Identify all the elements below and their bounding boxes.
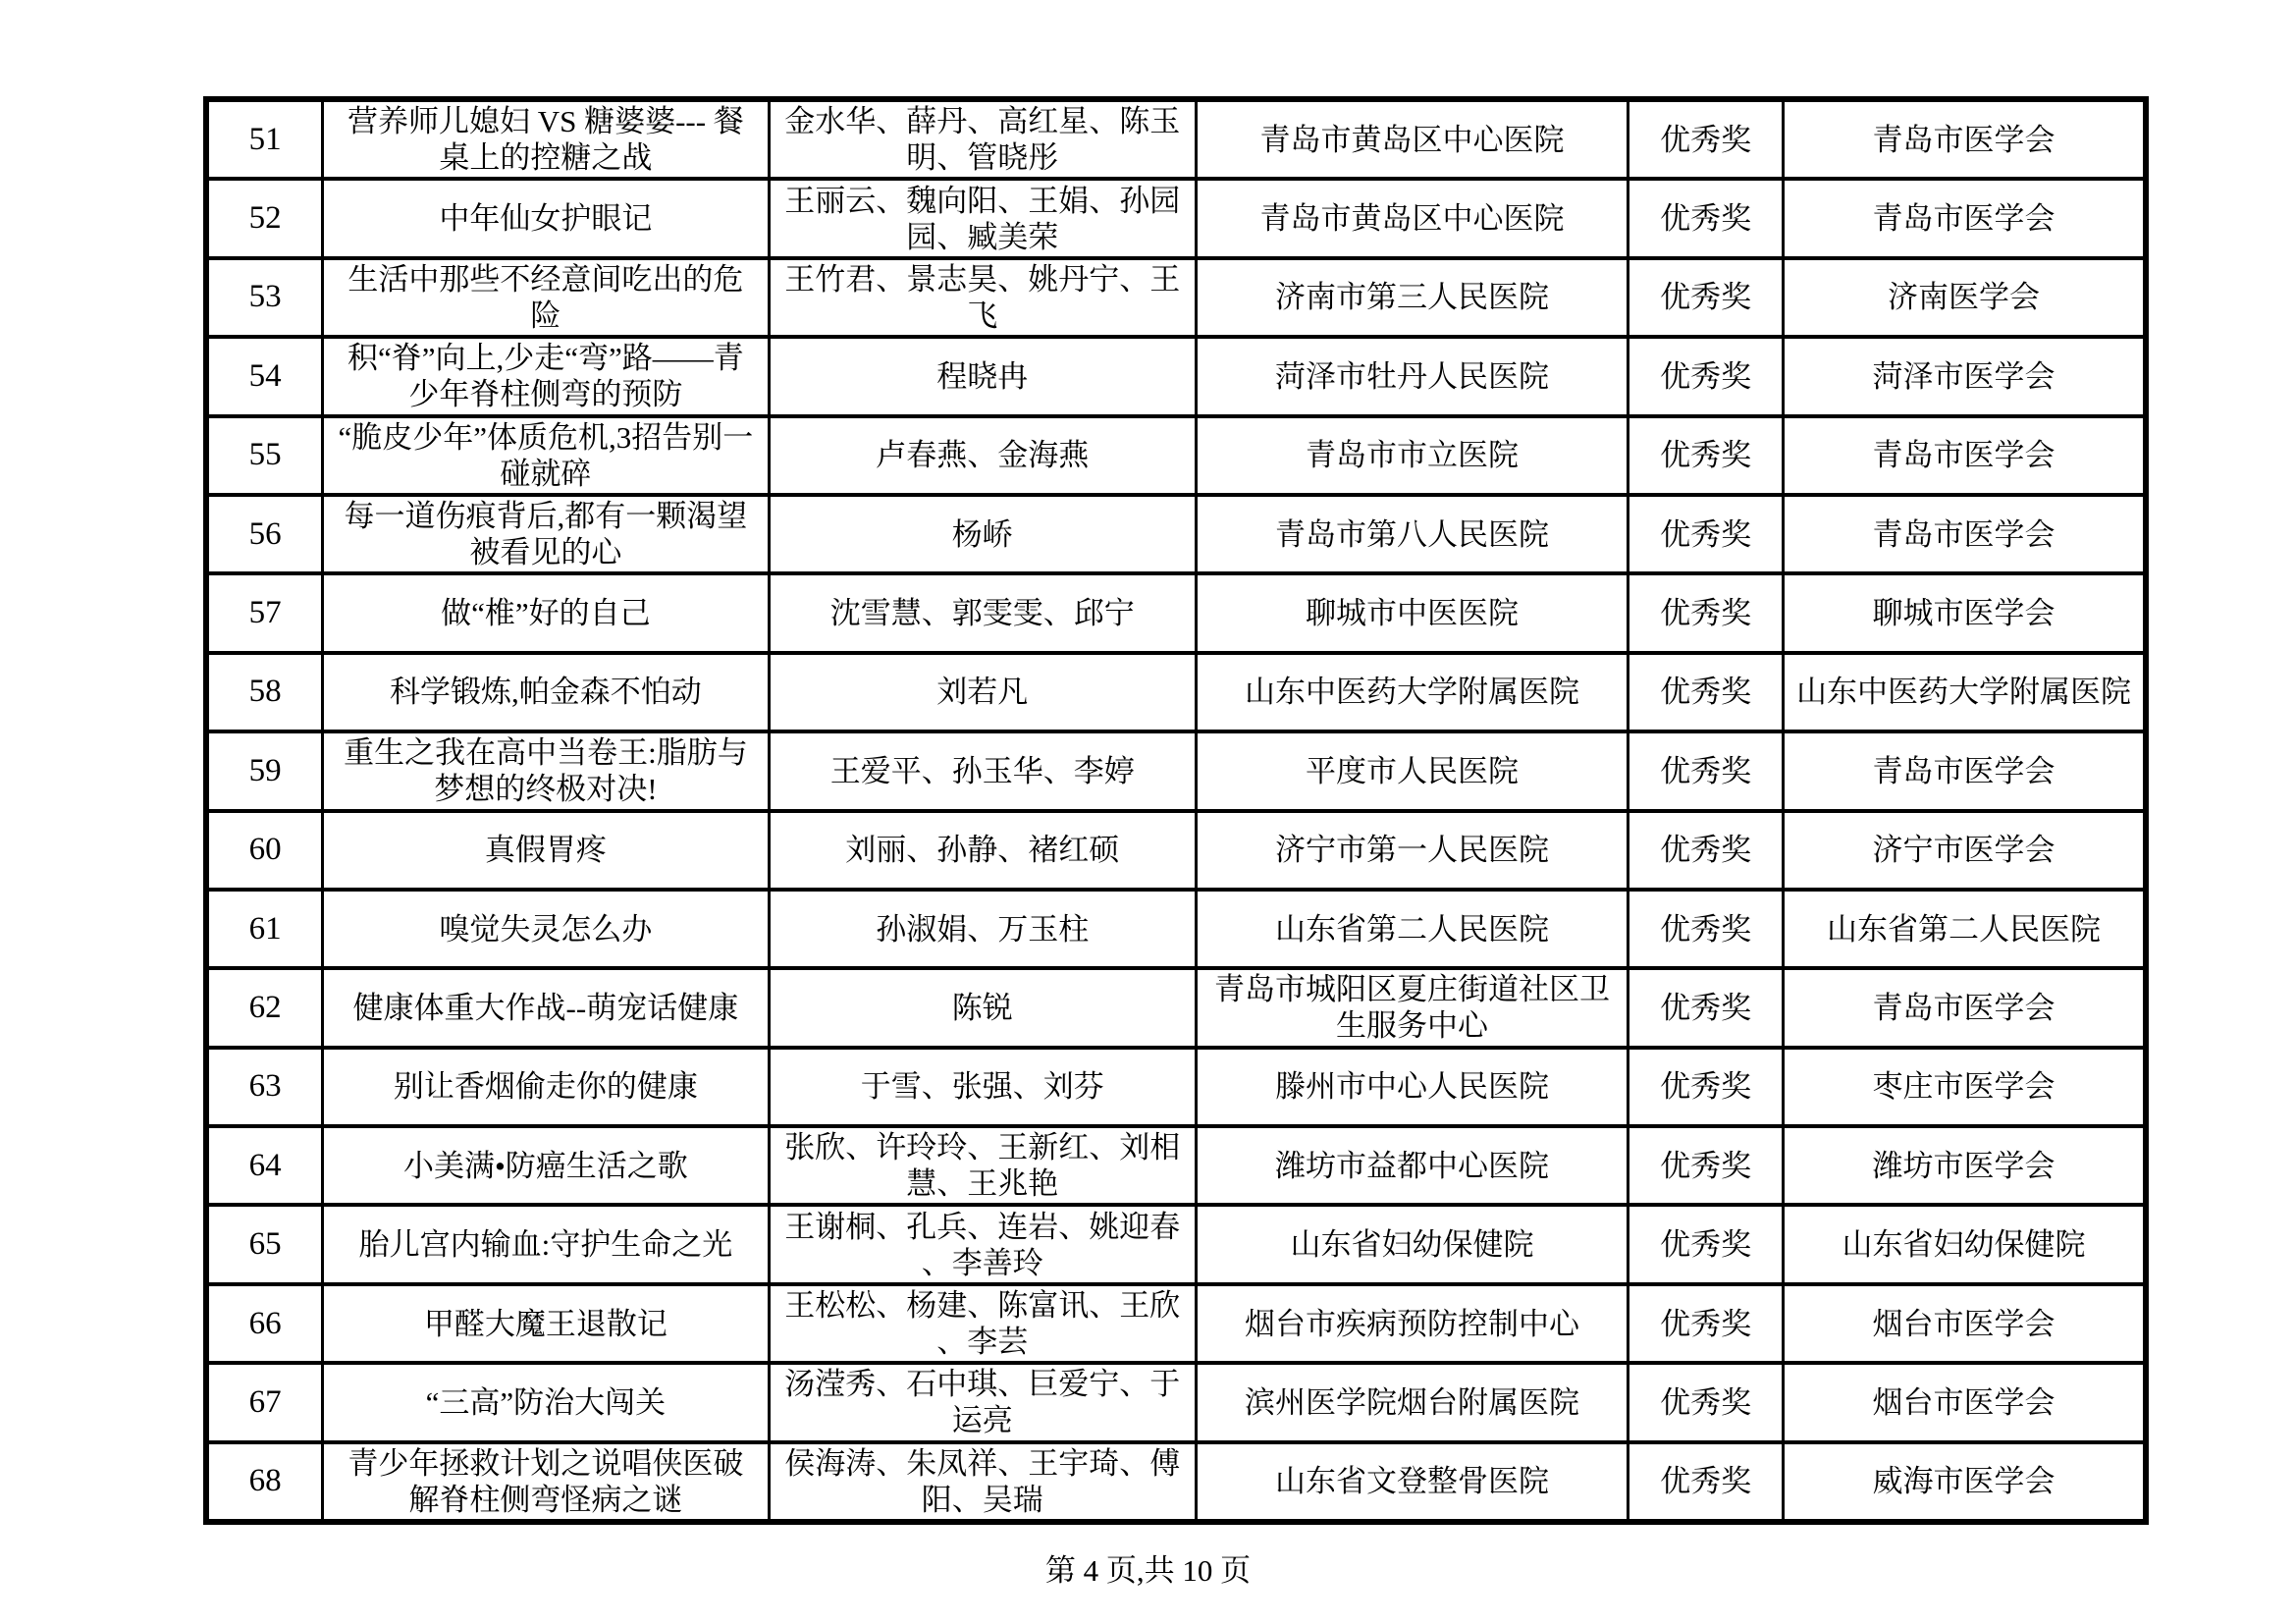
organization-cell: 青岛市黄岛区中心医院 bbox=[1195, 102, 1627, 177]
table-row: 60 真假胃疼 刘丽、孙静、褚红硕 济宁市第一人民医院 优秀奖 济宁市医学会 bbox=[209, 809, 2143, 888]
authors-cell: 王爱平、孙玉华、李婷 bbox=[768, 733, 1195, 808]
row-number-cell: 67 bbox=[209, 1365, 321, 1439]
award-level-cell: 优秀奖 bbox=[1627, 655, 1782, 730]
table-row: 65 胎儿宫内输血:守护生命之光 王谢桐、孔兵、连岩、姚迎春、李善玲 山东省妇幼… bbox=[209, 1203, 2143, 1281]
row-number-cell: 55 bbox=[209, 418, 321, 493]
recommending-society-cell: 烟台市医学会 bbox=[1782, 1365, 2143, 1439]
award-level-cell: 优秀奖 bbox=[1627, 1365, 1782, 1439]
recommending-society-cell: 济宁市医学会 bbox=[1782, 813, 2143, 888]
recommending-society-cell: 威海市医学会 bbox=[1782, 1444, 2143, 1519]
authors-cell: 杨峤 bbox=[768, 497, 1195, 571]
award-level-cell: 优秀奖 bbox=[1627, 1050, 1782, 1124]
row-number-cell: 52 bbox=[209, 181, 321, 255]
table-row: 53 生活中那些不经意间吃出的危险 王竹君、景志昊、姚丹宁、王飞 济南市第三人民… bbox=[209, 256, 2143, 335]
row-number-cell: 64 bbox=[209, 1128, 321, 1203]
recommending-society-cell: 青岛市医学会 bbox=[1782, 102, 2143, 177]
organization-cell: 青岛市黄岛区中心医院 bbox=[1195, 181, 1627, 255]
award-level-cell: 优秀奖 bbox=[1627, 102, 1782, 177]
authors-cell: 王竹君、景志昊、姚丹宁、王飞 bbox=[768, 260, 1195, 335]
award-list-table: 51 营养师儿媳妇 VS 糖婆婆--- 餐桌上的控糖之战 金水华、薛丹、高红星、… bbox=[203, 96, 2149, 1525]
recommending-society-cell: 青岛市医学会 bbox=[1782, 970, 2143, 1045]
award-level-cell: 优秀奖 bbox=[1627, 260, 1782, 335]
award-level-cell: 优秀奖 bbox=[1627, 970, 1782, 1045]
row-number-cell: 54 bbox=[209, 339, 321, 413]
table-row: 54 积“脊”向上,少走“弯”路——青少年脊柱侧弯的预防 程晓冉 菏泽市牡丹人民… bbox=[209, 335, 2143, 413]
recommending-society-cell: 山东省妇幼保健院 bbox=[1782, 1207, 2143, 1281]
row-number-cell: 59 bbox=[209, 733, 321, 808]
work-title-cell: 健康体重大作战--萌宠话健康 bbox=[321, 970, 767, 1045]
table-row: 61 嗅觉失灵怎么办 孙淑娟、万玉柱 山东省第二人民医院 优秀奖 山东省第二人民… bbox=[209, 888, 2143, 966]
row-number-cell: 60 bbox=[209, 813, 321, 888]
authors-cell: 刘丽、孙静、褚红硕 bbox=[768, 813, 1195, 888]
award-level-cell: 优秀奖 bbox=[1627, 181, 1782, 255]
table-row: 51 营养师儿媳妇 VS 糖婆婆--- 餐桌上的控糖之战 金水华、薛丹、高红星、… bbox=[209, 102, 2143, 177]
row-number-cell: 65 bbox=[209, 1207, 321, 1281]
table-row: 55 “脆皮少年”体质危机,3招告别一碰就碎 卢春燕、金海燕 青岛市市立医院 优… bbox=[209, 414, 2143, 493]
row-number-cell: 56 bbox=[209, 497, 321, 571]
authors-cell: 卢春燕、金海燕 bbox=[768, 418, 1195, 493]
table-row: 68 青少年拯救计划之说唱侠医破解脊柱侧弯怪病之谜 侯海涛、朱凤祥、王宇琦、傅阳… bbox=[209, 1440, 2143, 1519]
award-level-cell: 优秀奖 bbox=[1627, 575, 1782, 650]
organization-cell: 聊城市中医医院 bbox=[1195, 575, 1627, 650]
recommending-society-cell: 山东中医药大学附属医院 bbox=[1782, 655, 2143, 730]
authors-cell: 张欣、许玲玲、王新红、刘相慧、王兆艳 bbox=[768, 1128, 1195, 1203]
organization-cell: 山东中医药大学附属医院 bbox=[1195, 655, 1627, 730]
row-number-cell: 57 bbox=[209, 575, 321, 650]
organization-cell: 菏泽市牡丹人民医院 bbox=[1195, 339, 1627, 413]
award-level-cell: 优秀奖 bbox=[1627, 1207, 1782, 1281]
authors-cell: 王谢桐、孔兵、连岩、姚迎春、李善玲 bbox=[768, 1207, 1195, 1281]
table-row: 58 科学锻炼,帕金森不怕动 刘若凡 山东中医药大学附属医院 优秀奖 山东中医药… bbox=[209, 651, 2143, 730]
authors-cell: 孙淑娟、万玉柱 bbox=[768, 892, 1195, 966]
row-number-cell: 68 bbox=[209, 1444, 321, 1519]
work-title-cell: 做“椎”好的自己 bbox=[321, 575, 767, 650]
row-number-cell: 58 bbox=[209, 655, 321, 730]
organization-cell: 济南市第三人民医院 bbox=[1195, 260, 1627, 335]
row-number-cell: 66 bbox=[209, 1286, 321, 1361]
work-title-cell: 别让香烟偷走你的健康 bbox=[321, 1050, 767, 1124]
row-number-cell: 51 bbox=[209, 102, 321, 177]
recommending-society-cell: 山东省第二人民医院 bbox=[1782, 892, 2143, 966]
recommending-society-cell: 青岛市医学会 bbox=[1782, 733, 2143, 808]
award-level-cell: 优秀奖 bbox=[1627, 892, 1782, 966]
authors-cell: 王松松、杨建、陈富讯、王欣、李芸 bbox=[768, 1286, 1195, 1361]
table-row: 67 “三高”防治大闯关 汤滢秀、石中琪、巨爱宁、于运亮 滨州医学院烟台附属医院… bbox=[209, 1361, 2143, 1439]
work-title-cell: 真假胃疼 bbox=[321, 813, 767, 888]
table-row: 66 甲醛大魔王退散记 王松松、杨建、陈富讯、王欣、李芸 烟台市疾病预防控制中心… bbox=[209, 1282, 2143, 1361]
work-title-cell: “三高”防治大闯关 bbox=[321, 1365, 767, 1439]
organization-cell: 青岛市市立医院 bbox=[1195, 418, 1627, 493]
authors-cell: 沈雪慧、郭雯雯、邱宁 bbox=[768, 575, 1195, 650]
work-title-cell: 生活中那些不经意间吃出的危险 bbox=[321, 260, 767, 335]
authors-cell: 陈锐 bbox=[768, 970, 1195, 1045]
award-level-cell: 优秀奖 bbox=[1627, 733, 1782, 808]
authors-cell: 程晓冉 bbox=[768, 339, 1195, 413]
award-level-cell: 优秀奖 bbox=[1627, 1128, 1782, 1203]
organization-cell: 青岛市第八人民医院 bbox=[1195, 497, 1627, 571]
recommending-society-cell: 青岛市医学会 bbox=[1782, 497, 2143, 571]
organization-cell: 山东省第二人民医院 bbox=[1195, 892, 1627, 966]
document-page: 51 营养师儿媳妇 VS 糖婆婆--- 餐桌上的控糖之战 金水华、薛丹、高红星、… bbox=[0, 0, 2296, 1624]
table-row: 57 做“椎”好的自己 沈雪慧、郭雯雯、邱宁 聊城市中医医院 优秀奖 聊城市医学… bbox=[209, 571, 2143, 650]
authors-cell: 刘若凡 bbox=[768, 655, 1195, 730]
work-title-cell: 甲醛大魔王退散记 bbox=[321, 1286, 767, 1361]
award-level-cell: 优秀奖 bbox=[1627, 497, 1782, 571]
award-level-cell: 优秀奖 bbox=[1627, 339, 1782, 413]
work-title-cell: 每一道伤痕背后,都有一颗渴望被看见的心 bbox=[321, 497, 767, 571]
authors-cell: 王丽云、魏向阳、王娟、孙园园、臧美荣 bbox=[768, 181, 1195, 255]
recommending-society-cell: 聊城市医学会 bbox=[1782, 575, 2143, 650]
organization-cell: 青岛市城阳区夏庄街道社区卫生服务中心 bbox=[1195, 970, 1627, 1045]
recommending-society-cell: 济南医学会 bbox=[1782, 260, 2143, 335]
table-row: 52 中年仙女护眼记 王丽云、魏向阳、王娟、孙园园、臧美荣 青岛市黄岛区中心医院… bbox=[209, 177, 2143, 255]
work-title-cell: 营养师儿媳妇 VS 糖婆婆--- 餐桌上的控糖之战 bbox=[321, 102, 767, 177]
table-row: 59 重生之我在高中当卷王:脂肪与梦想的终极对决! 王爱平、孙玉华、李婷 平度市… bbox=[209, 730, 2143, 808]
work-title-cell: 科学锻炼,帕金森不怕动 bbox=[321, 655, 767, 730]
row-number-cell: 62 bbox=[209, 970, 321, 1045]
row-number-cell: 63 bbox=[209, 1050, 321, 1124]
award-level-cell: 优秀奖 bbox=[1627, 418, 1782, 493]
table-row: 63 别让香烟偷走你的健康 于雪、张强、刘芬 滕州市中心人民医院 优秀奖 枣庄市… bbox=[209, 1046, 2143, 1124]
work-title-cell: “脆皮少年”体质危机,3招告别一碰就碎 bbox=[321, 418, 767, 493]
work-title-cell: 青少年拯救计划之说唱侠医破解脊柱侧弯怪病之谜 bbox=[321, 1444, 767, 1519]
authors-cell: 于雪、张强、刘芬 bbox=[768, 1050, 1195, 1124]
recommending-society-cell: 青岛市医学会 bbox=[1782, 181, 2143, 255]
work-title-cell: 小美满•防癌生活之歌 bbox=[321, 1128, 767, 1203]
organization-cell: 山东省文登整骨医院 bbox=[1195, 1444, 1627, 1519]
organization-cell: 滨州医学院烟台附属医院 bbox=[1195, 1365, 1627, 1439]
organization-cell: 滕州市中心人民医院 bbox=[1195, 1050, 1627, 1124]
organization-cell: 潍坊市益都中心医院 bbox=[1195, 1128, 1627, 1203]
row-number-cell: 53 bbox=[209, 260, 321, 335]
organization-cell: 平度市人民医院 bbox=[1195, 733, 1627, 808]
recommending-society-cell: 菏泽市医学会 bbox=[1782, 339, 2143, 413]
work-title-cell: 重生之我在高中当卷王:脂肪与梦想的终极对决! bbox=[321, 733, 767, 808]
work-title-cell: 中年仙女护眼记 bbox=[321, 181, 767, 255]
work-title-cell: 积“脊”向上,少走“弯”路——青少年脊柱侧弯的预防 bbox=[321, 339, 767, 413]
organization-cell: 烟台市疾病预防控制中心 bbox=[1195, 1286, 1627, 1361]
organization-cell: 济宁市第一人民医院 bbox=[1195, 813, 1627, 888]
table-row: 56 每一道伤痕背后,都有一颗渴望被看见的心 杨峤 青岛市第八人民医院 优秀奖 … bbox=[209, 493, 2143, 571]
award-level-cell: 优秀奖 bbox=[1627, 813, 1782, 888]
recommending-society-cell: 潍坊市医学会 bbox=[1782, 1128, 2143, 1203]
table-row: 64 小美满•防癌生活之歌 张欣、许玲玲、王新红、刘相慧、王兆艳 潍坊市益都中心… bbox=[209, 1124, 2143, 1203]
award-level-cell: 优秀奖 bbox=[1627, 1286, 1782, 1361]
recommending-society-cell: 枣庄市医学会 bbox=[1782, 1050, 2143, 1124]
recommending-society-cell: 青岛市医学会 bbox=[1782, 418, 2143, 493]
recommending-society-cell: 烟台市医学会 bbox=[1782, 1286, 2143, 1361]
award-level-cell: 优秀奖 bbox=[1627, 1444, 1782, 1519]
organization-cell: 山东省妇幼保健院 bbox=[1195, 1207, 1627, 1281]
row-number-cell: 61 bbox=[209, 892, 321, 966]
table-row: 62 健康体重大作战--萌宠话健康 陈锐 青岛市城阳区夏庄街道社区卫生服务中心 … bbox=[209, 966, 2143, 1045]
authors-cell: 金水华、薛丹、高红星、陈玉明、管晓彤 bbox=[768, 102, 1195, 177]
page-number-footer: 第 4 页,共 10 页 bbox=[0, 1551, 2296, 1591]
authors-cell: 侯海涛、朱凤祥、王宇琦、傅阳、吴瑞 bbox=[768, 1444, 1195, 1519]
authors-cell: 汤滢秀、石中琪、巨爱宁、于运亮 bbox=[768, 1365, 1195, 1439]
work-title-cell: 嗅觉失灵怎么办 bbox=[321, 892, 767, 966]
work-title-cell: 胎儿宫内输血:守护生命之光 bbox=[321, 1207, 767, 1281]
